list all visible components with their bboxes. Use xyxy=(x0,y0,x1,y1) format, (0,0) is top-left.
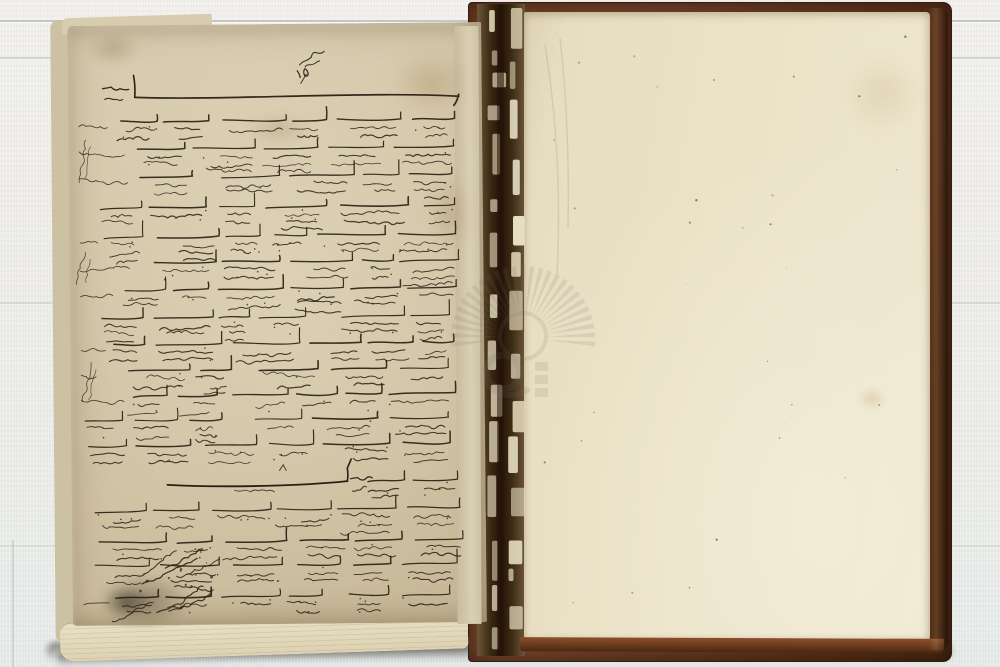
left-manuscript-page xyxy=(67,22,487,626)
left-gutter-fray xyxy=(454,26,481,624)
table-plank-groove-vertical xyxy=(12,540,14,667)
photo-of-open-manuscript: ١٥ xyxy=(0,0,1000,667)
right-blank-page xyxy=(524,12,930,641)
leather-right-edge xyxy=(928,8,948,650)
leather-bottom-edge xyxy=(520,637,944,653)
